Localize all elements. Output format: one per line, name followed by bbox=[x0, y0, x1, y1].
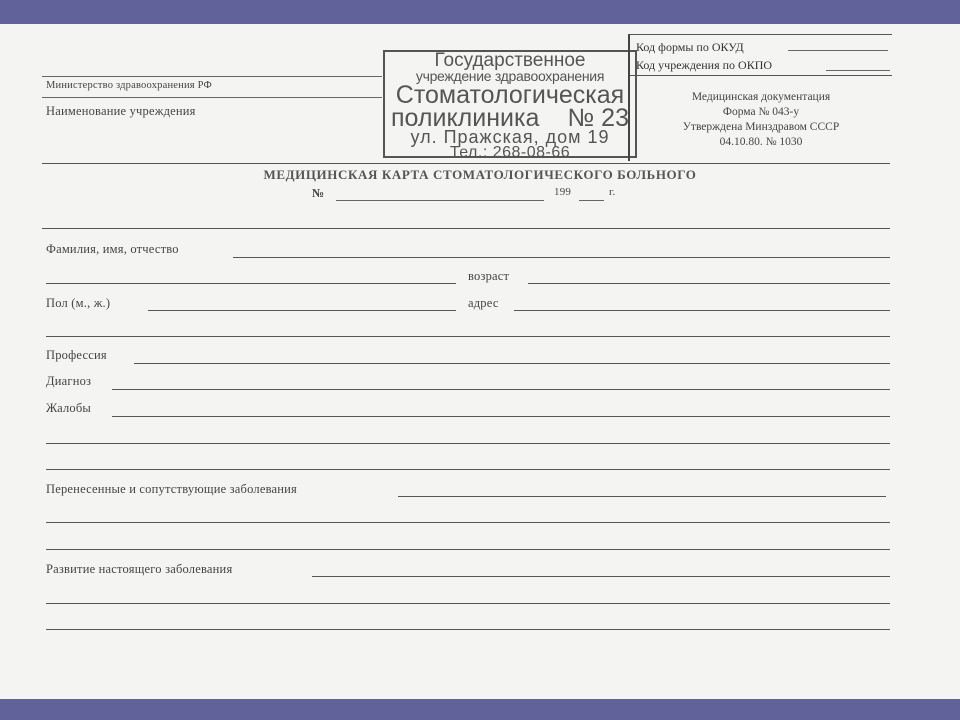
form-number-label: Форма № 043-у bbox=[630, 105, 892, 120]
age-label: возраст bbox=[468, 269, 509, 284]
doc-type-label: Медицинская документация bbox=[630, 90, 892, 105]
top-frame-band bbox=[0, 0, 960, 24]
stamp-line-5: ул. Пражская, дом 19 bbox=[385, 129, 635, 145]
profession-field[interactable] bbox=[134, 363, 890, 364]
profession-label: Профессия bbox=[46, 348, 107, 363]
full-name-field-line-2[interactable] bbox=[46, 283, 456, 284]
address-field-line-2[interactable] bbox=[46, 336, 890, 337]
year-suffix: г. bbox=[609, 186, 615, 198]
header-bottom-rule bbox=[42, 163, 890, 164]
sex-field[interactable] bbox=[148, 310, 456, 311]
complaints-field-line-3[interactable] bbox=[46, 469, 890, 470]
complaints-field[interactable] bbox=[112, 416, 890, 417]
institution-label: Наименование учреждения bbox=[46, 104, 196, 119]
okpo-field[interactable] bbox=[826, 70, 890, 71]
current-disease-field[interactable] bbox=[312, 576, 890, 577]
sex-label: Пол (м., ж.) bbox=[46, 296, 110, 311]
stamp-line-4-right: № 23 bbox=[567, 107, 629, 129]
title-bottom-rule bbox=[42, 228, 890, 229]
past-diseases-label: Перенесенные и сопутствующие заболевания bbox=[46, 482, 297, 497]
okpo-label: Код учреждения по ОКПО bbox=[636, 58, 772, 73]
ministry-rule bbox=[42, 97, 382, 98]
current-disease-field-line-3[interactable] bbox=[46, 629, 890, 630]
stamp-line-4: поликлиника № 23 bbox=[385, 107, 635, 129]
approved-date-label: 04.10.80. № 1030 bbox=[630, 135, 892, 150]
form-title: МЕДИЦИНСКАЯ КАРТА СТОМАТОЛОГИЧЕСКОГО БОЛ… bbox=[0, 167, 960, 183]
okud-field[interactable] bbox=[788, 50, 888, 51]
okud-label: Код формы по ОКУД bbox=[636, 40, 744, 55]
card-number-field[interactable] bbox=[336, 200, 544, 201]
complaints-label: Жалобы bbox=[46, 401, 91, 416]
bottom-frame-band bbox=[0, 699, 960, 720]
address-label: адрес bbox=[468, 296, 499, 311]
header-top-rule bbox=[42, 76, 382, 77]
full-name-label: Фамилия, имя, отчество bbox=[46, 242, 179, 257]
form-code-box: Код формы по ОКУД Код учреждения по ОКПО… bbox=[628, 34, 892, 161]
diagnosis-label: Диагноз bbox=[46, 374, 91, 389]
age-field[interactable] bbox=[528, 283, 890, 284]
institution-stamp: Государственное учреждение здравоохранен… bbox=[383, 50, 637, 158]
current-disease-label: Развитие настоящего заболевания bbox=[46, 562, 232, 577]
full-name-field[interactable] bbox=[233, 257, 890, 258]
stamp-line-4-left: поликлиника bbox=[391, 107, 539, 129]
past-diseases-field-line-3[interactable] bbox=[46, 549, 890, 550]
diagnosis-field[interactable] bbox=[112, 389, 890, 390]
approved-label: Утверждена Минздравом СССР bbox=[630, 120, 892, 135]
past-diseases-field-line-2[interactable] bbox=[46, 522, 890, 523]
complaints-field-line-2[interactable] bbox=[46, 443, 890, 444]
code-box-divider bbox=[630, 75, 892, 76]
address-field[interactable] bbox=[514, 310, 890, 311]
ministry-label: Министерство здравоохранения РФ bbox=[46, 80, 212, 91]
current-disease-field-line-2[interactable] bbox=[46, 603, 890, 604]
card-number-label: № bbox=[312, 186, 324, 201]
year-field[interactable] bbox=[579, 200, 604, 201]
past-diseases-field[interactable] bbox=[398, 496, 886, 497]
stamp-line-6: Тел.: 268-08-66 bbox=[385, 145, 635, 160]
year-prefix: 199 bbox=[554, 186, 571, 198]
